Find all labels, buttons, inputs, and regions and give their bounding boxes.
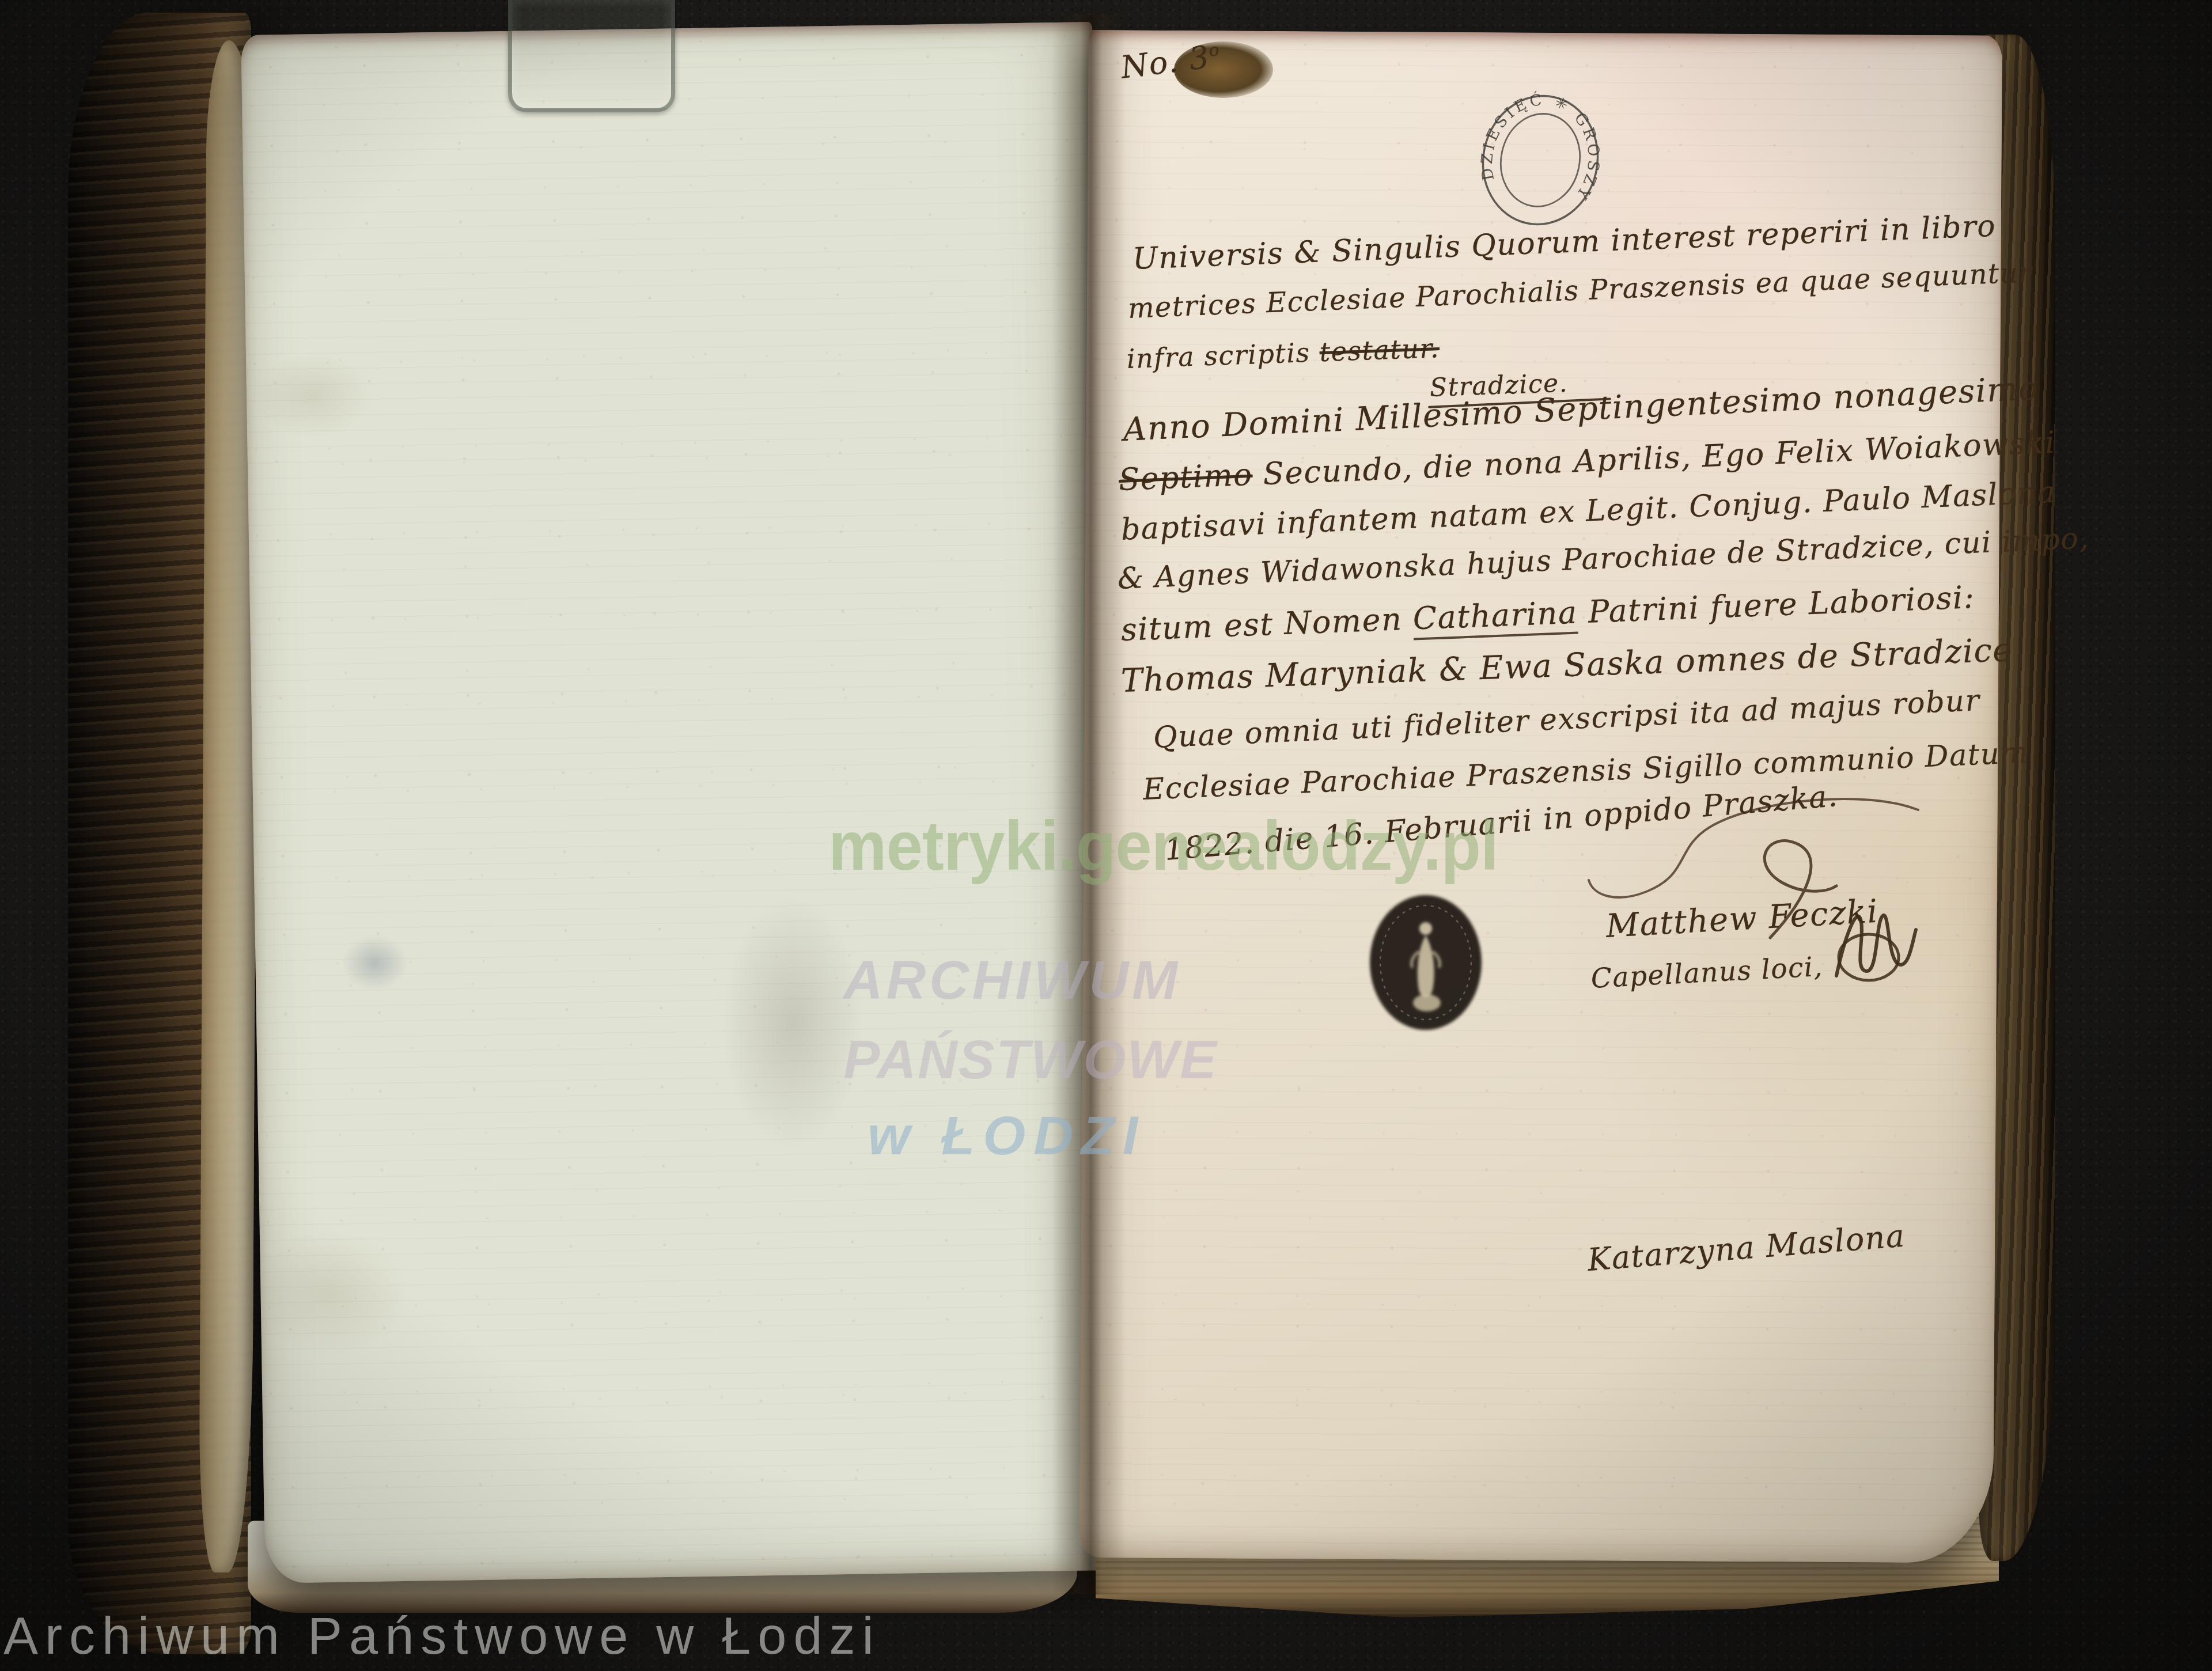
archival-photo: { "page_annotation": { "prefix": "No.", … xyxy=(0,0,2212,1671)
page-gutter xyxy=(1052,15,1126,1594)
revenue-stamp: DZIESIĘĆ ✳ GROSZY xyxy=(1457,77,1623,243)
struck-word: Septimo xyxy=(1118,457,1253,498)
plastic-clip xyxy=(508,0,675,112)
revenue-stamp-graphic: DZIESIĘĆ ✳ GROSZY xyxy=(1457,77,1623,243)
page-number-prefix: No. xyxy=(1119,43,1180,86)
page-number-superscript: o xyxy=(1208,40,1221,61)
left-blank-page xyxy=(241,22,1116,1583)
paper-texture xyxy=(241,22,1116,1583)
baptismal-name: Catharina xyxy=(1412,594,1578,641)
priest-paraph xyxy=(1813,889,1934,1005)
church-seal-graphic xyxy=(1366,892,1485,1033)
struck-word: testatur. xyxy=(1319,332,1440,367)
church-seal xyxy=(1366,892,1485,1033)
